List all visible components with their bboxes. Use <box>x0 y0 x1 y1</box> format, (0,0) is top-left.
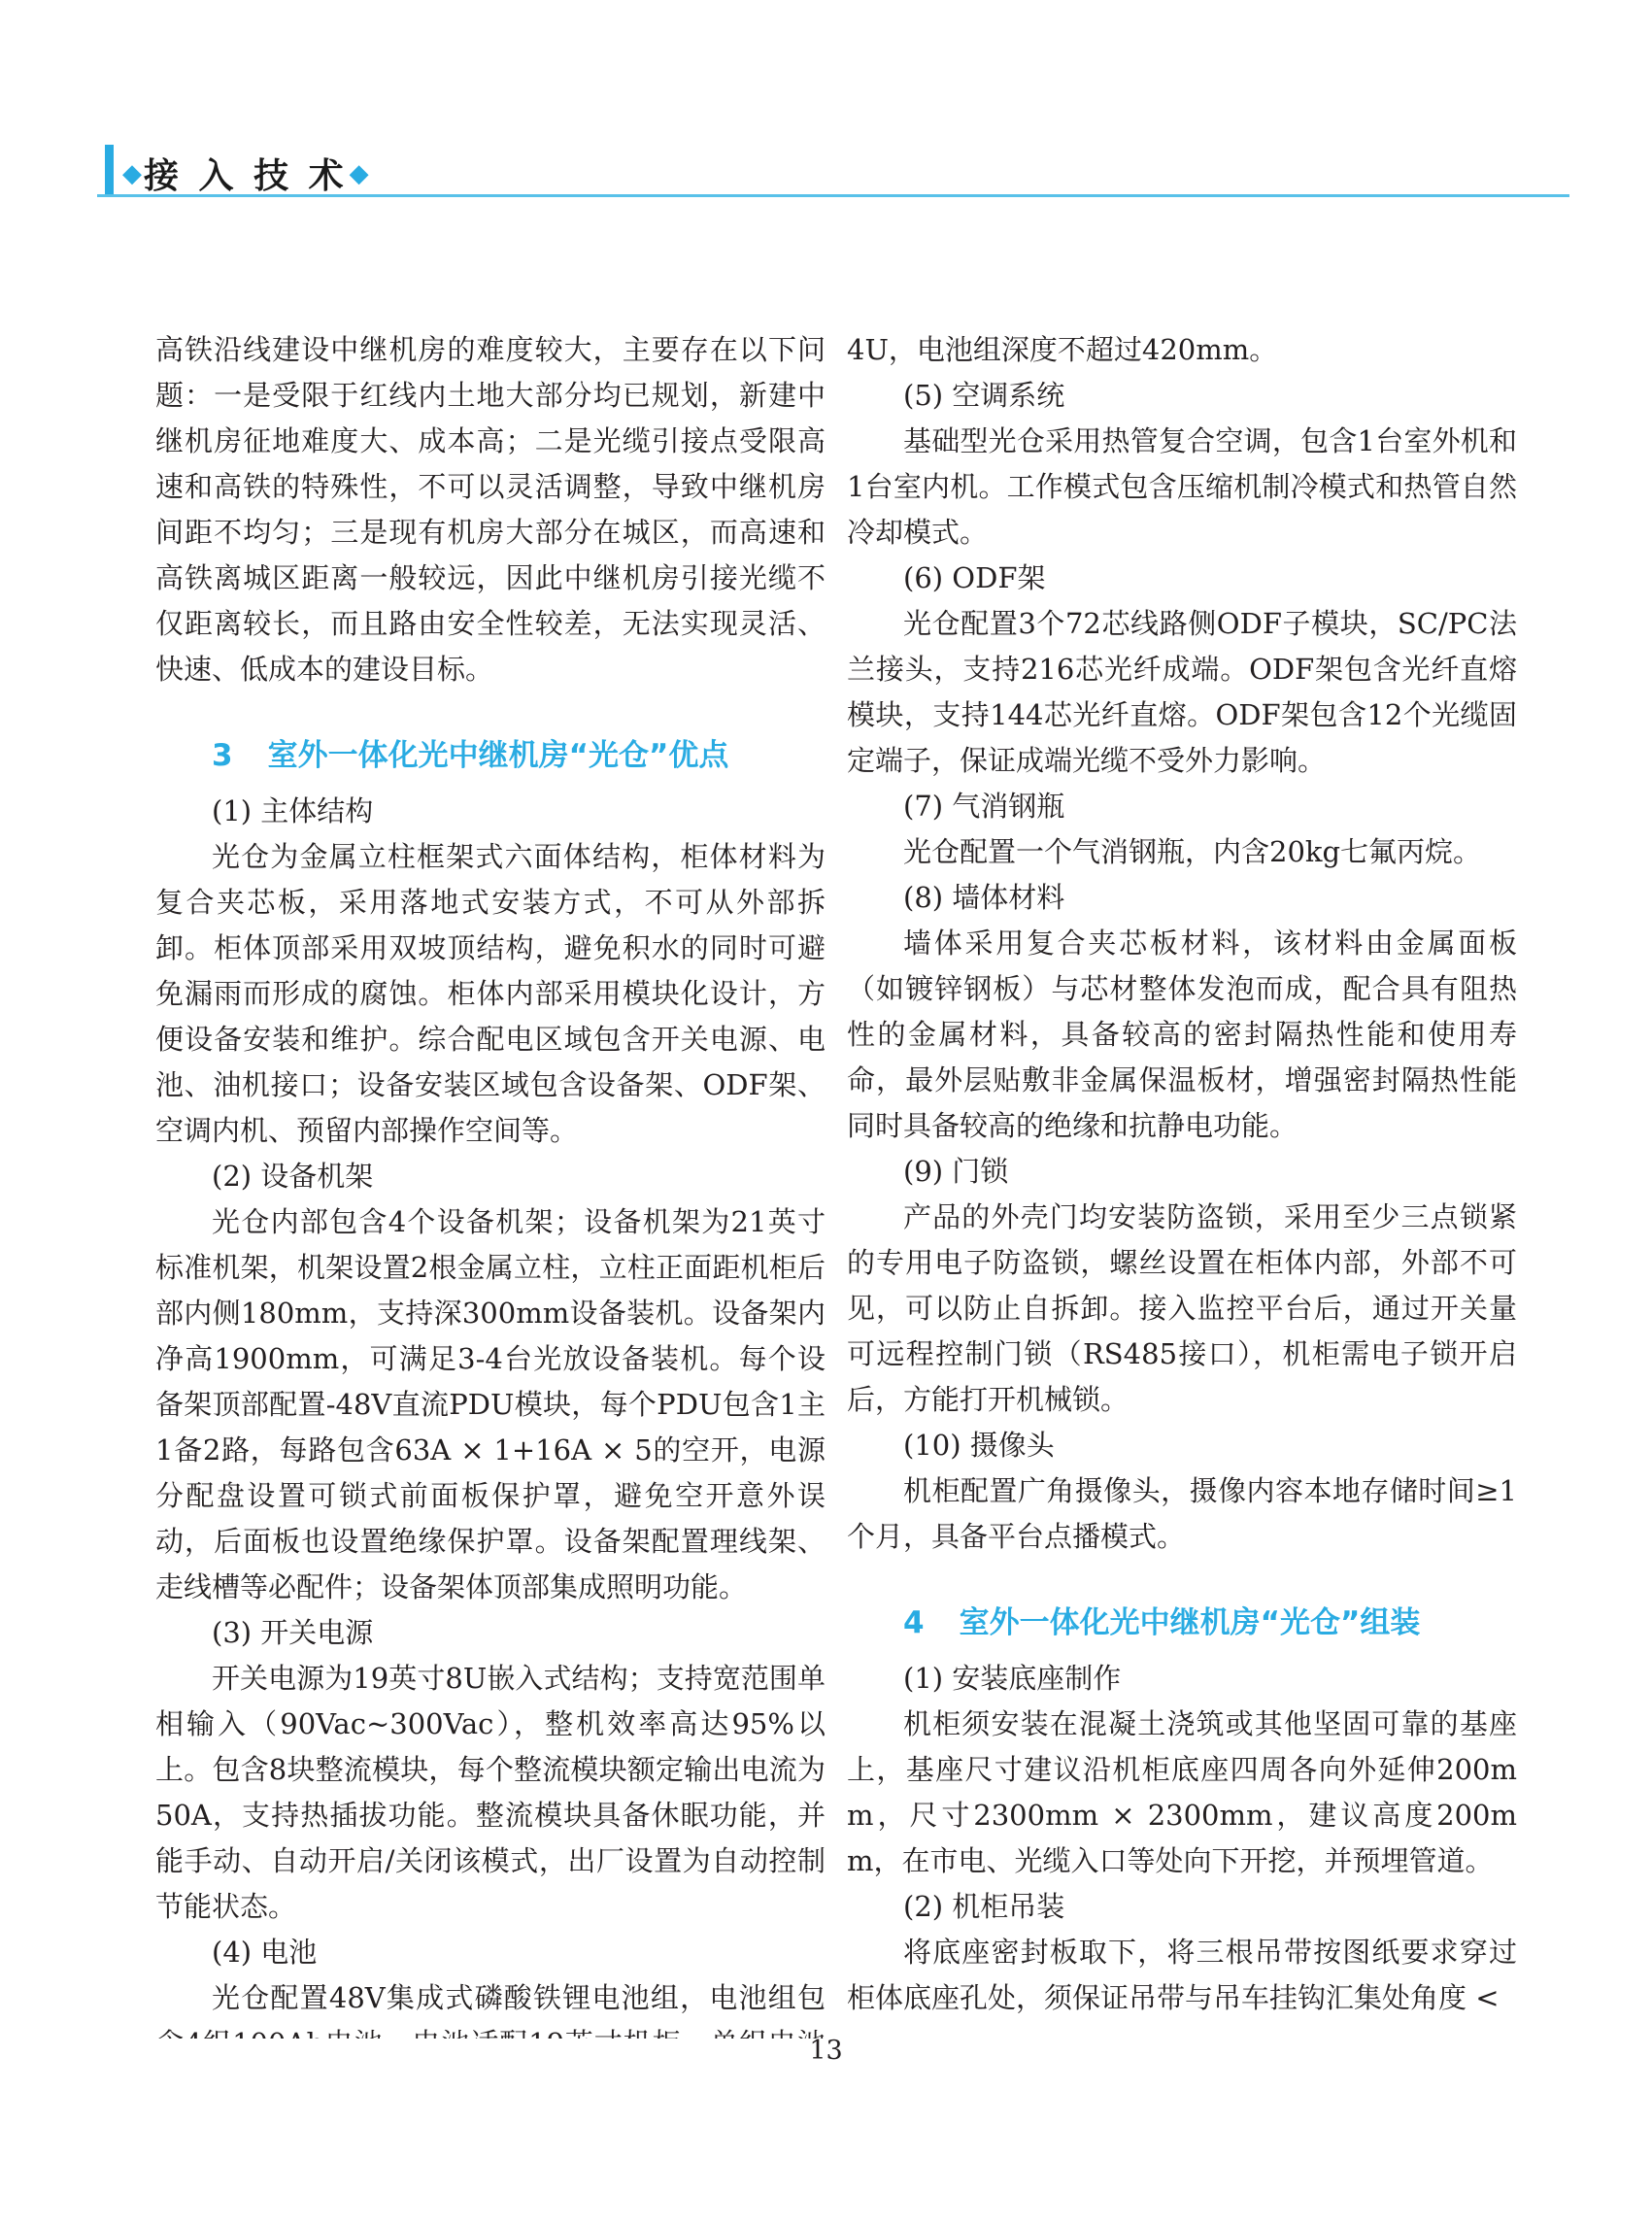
right-column: 4U，电池组深度不超过420mm。(5) 空调系统基础型光仓采用热管复合空调，包… <box>847 327 1517 2039</box>
paragraph: 开关电源为19英寸8U嵌入式结构；支持宽范围单相输入（90Vac~300Vac）… <box>155 1656 826 1930</box>
paragraph: 基础型光仓采用热管复合空调，包含1台室外机和1台室内机。工作模式包含压缩机制冷模… <box>847 419 1517 556</box>
paragraph: 光仓为金属立柱框架式六面体结构，柜体材料为复合夹芯板，采用落地式安装方式，不可从… <box>155 834 826 1154</box>
subheading: (2) 机柜吊装 <box>847 1884 1517 1930</box>
subheading: (8) 墙体材料 <box>847 875 1517 921</box>
section-title: 室外一体化光中继机房“光仓”优点 <box>268 738 729 773</box>
header-accent-bar <box>105 145 114 197</box>
subheading: (10) 摄像头 <box>847 1423 1517 1468</box>
paragraph: 光仓内部包含4个设备机架；设备机架为21英寸标准机架，机架设置2根金属立柱，立柱… <box>155 1199 826 1610</box>
section-number: 3 <box>212 738 233 773</box>
subheading: (9) 门锁 <box>847 1149 1517 1195</box>
paragraph: 将底座密封板取下，将三根吊带按图纸要求穿过柜体底座孔处，须保证吊带与吊车挂钩汇集… <box>847 1930 1517 2021</box>
paragraph: 光仓配置48V集成式磷酸铁锂电池组，电池组包含4组100Ah电池。电池适配19英… <box>155 1975 826 2039</box>
page-footer: 13 <box>0 2036 1652 2066</box>
section-title: 室外一体化光中继机房“光仓”组装 <box>960 1605 1421 1640</box>
subheading: (5) 空调系统 <box>847 373 1517 419</box>
paragraph: 光仓配置3个72芯线路侧ODF子模块，SC/PC法兰接头，支持216芯光纤成端。… <box>847 601 1517 784</box>
subheading: (6) ODF架 <box>847 556 1517 601</box>
paragraph: 光仓配置一个气消钢瓶，内含20kg七氟丙烷。 <box>847 829 1517 875</box>
running-head-title: 接 入 技 术 <box>144 149 348 198</box>
diamond-icon: ◆ <box>350 161 369 186</box>
section-heading: 4室外一体化光中继机房“光仓”组装 <box>847 1603 1517 1642</box>
subheading: (2) 设备机架 <box>155 1154 826 1199</box>
paragraph: 机柜须安装在混凝土浇筑或其他坚固可靠的基座上，基座尺寸建议沿机柜底座四周各向外延… <box>847 1702 1517 1884</box>
section-number: 4 <box>903 1605 925 1640</box>
diamond-icon: ◆ <box>122 161 142 186</box>
journal-page: ◆ 接 入 技 术 ◆ 高铁沿线建设中继机房的难度较大，主要存在以下问题：一是受… <box>0 0 1652 2225</box>
subheading: (1) 安装底座制作 <box>847 1656 1517 1702</box>
subheading: (3) 开关电源 <box>155 1610 826 1656</box>
subheading: (4) 电池 <box>155 1930 826 1975</box>
subheading: (7) 气消钢瓶 <box>847 784 1517 829</box>
paragraph: 高铁沿线建设中继机房的难度较大，主要存在以下问题：一是受限于红线内土地大部分均已… <box>155 327 826 692</box>
header-rule <box>97 194 1569 197</box>
left-column: 高铁沿线建设中继机房的难度较大，主要存在以下问题：一是受限于红线内土地大部分均已… <box>155 327 826 2039</box>
paragraph: 机柜配置广角摄像头，摄像内容本地存储时间≥1个月，具备平台点播模式。 <box>847 1468 1517 1560</box>
paragraph: 墙体采用复合夹芯板材料，该材料由金属面板（如镀锌钢板）与芯材整体发泡而成，配合具… <box>847 921 1517 1149</box>
paragraph: 产品的外壳门均安装防盗锁，采用至少三点锁紧的专用电子防盗锁，螺丝设置在柜体内部，… <box>847 1195 1517 1423</box>
subheading: (1) 主体结构 <box>155 789 826 834</box>
paragraph: 4U，电池组深度不超过420mm。 <box>847 327 1517 373</box>
running-head: ◆ 接 入 技 术 ◆ <box>122 149 369 197</box>
section-heading: 3室外一体化光中继机房“光仓”优点 <box>155 736 826 775</box>
page-number: 13 <box>809 2036 842 2066</box>
